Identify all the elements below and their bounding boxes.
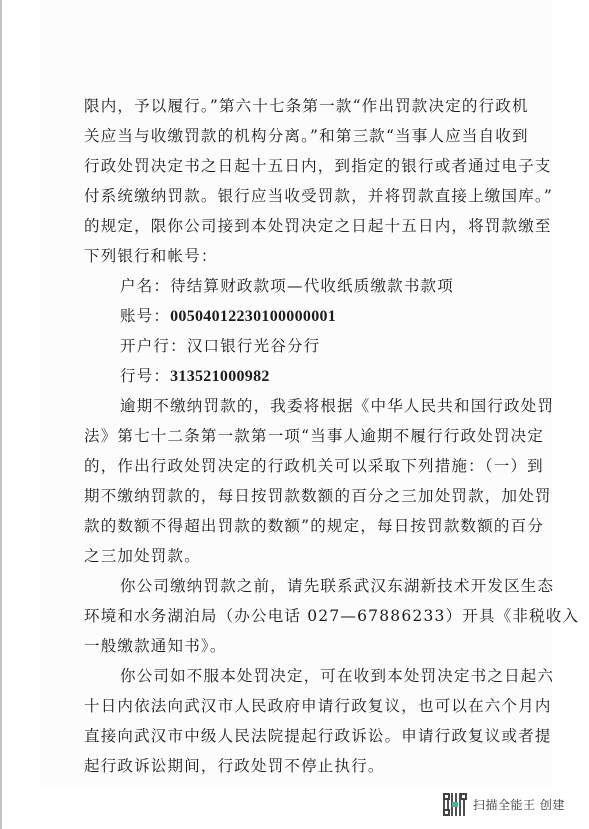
- appeal-line: 十日内依法向武汉市人民政府申请行政复议，也可以在六个月内: [84, 691, 552, 721]
- bank-row: 开户行：汉口银行光谷分行: [120, 331, 320, 361]
- body-line: 行政处罚决定书之日起十五日内，到指定的银行或者通过电子支: [84, 151, 552, 181]
- bank-code-label: 行号：: [120, 367, 170, 385]
- overdue-line: 逾期不缴纳罚款的，我委将根据《中华人民共和国行政处罚: [120, 391, 554, 421]
- overdue-line: 的，作出行政处罚决定的行政机关可以采取下列措施：（一）到: [84, 451, 544, 481]
- appeal-line: 起行政诉讼期间，行政处罚不停止执行。: [84, 751, 385, 781]
- scan-border: [0, 0, 2, 829]
- body-line: 的规定，限你公司接到本处罚决定之日起十五日内，将罚款缴至: [84, 211, 552, 241]
- body-line: 限内，予以履行。”第六十七条第一款“作出罚款决定的行政机: [84, 91, 529, 121]
- body-line: 付系统缴纳罚款。银行应当收受罚款，并将罚款直接上缴国库。”: [84, 181, 553, 211]
- body-line: 下列银行和帐号：: [84, 241, 218, 271]
- account-name-label: 户名：: [120, 277, 170, 295]
- appeal-line: 直接向武汉市中级人民法院提起行政诉讼。申请行政复议或者提: [84, 721, 552, 751]
- body-line: 关应当与收缴罚款的机构分离。”和第三款“当事人应当自收到: [84, 121, 529, 151]
- appeal-line: 你公司如不服本处罚决定，可在收到本处罚决定书之日起六: [120, 661, 554, 691]
- account-number-row: 账号：00504012230100000001: [120, 301, 336, 331]
- qr-code-icon: [443, 793, 467, 816]
- contact-line: 你公司缴纳罚款之前，请先联系武汉东湖新技术开发区生态: [120, 571, 554, 601]
- account-number-label: 账号：: [120, 307, 170, 325]
- bank-code-value: 313521000982: [170, 368, 270, 385]
- account-name-value: 待结算财政款项—代收纸质缴款书款项: [170, 277, 454, 295]
- bank-value: 汉口银行光谷分行: [187, 337, 321, 355]
- overdue-line: 期不缴纳罚款的，每日按罚款数额的百分之三加处罚款，加处罚: [84, 481, 552, 511]
- bank-label: 开户行：: [120, 337, 187, 355]
- scanner-watermark: 扫描全能王 创建: [443, 792, 565, 816]
- contact-line: 环境和水务湖泊局（办公电话 027—67886233）开具《非税收入: [84, 601, 579, 631]
- contact-line: 一般缴款通知书》。: [84, 631, 227, 661]
- account-name-row: 户名：待结算财政款项—代收纸质缴款书款项: [120, 271, 454, 301]
- account-number-value: 00504012230100000001: [170, 308, 336, 325]
- bank-code-row: 行号：313521000982: [120, 361, 270, 391]
- overdue-line: 款的数额不得超出罚款的数额”的规定，每日按罚款数额的百分: [84, 511, 544, 541]
- logo-icon: [452, 802, 458, 807]
- watermark-label: 扫描全能王 创建: [473, 796, 565, 813]
- overdue-line: 之三加处罚款。: [84, 541, 201, 571]
- overdue-line: 法》第七十二条第一款第一项“当事人逾期不履行行政处罚决定: [84, 421, 544, 451]
